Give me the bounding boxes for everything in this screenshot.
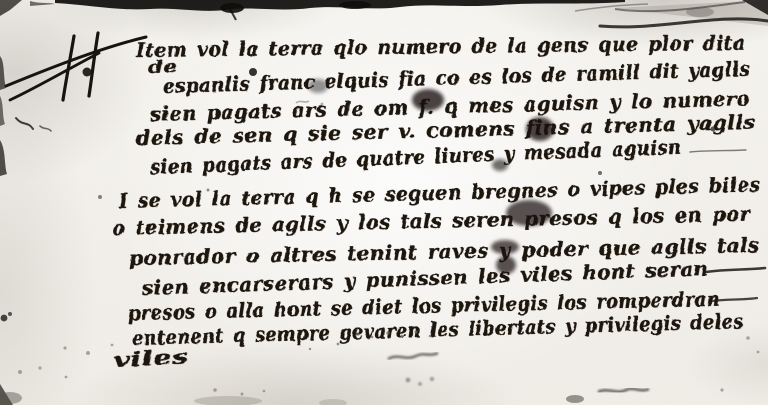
manuscript-page: Item vol la terra qlo numero de la gens … xyxy=(0,0,768,405)
manuscript-line: viles xyxy=(112,342,189,374)
manuscript-text-block: Item vol la terra qlo numero de la gens … xyxy=(0,0,768,405)
